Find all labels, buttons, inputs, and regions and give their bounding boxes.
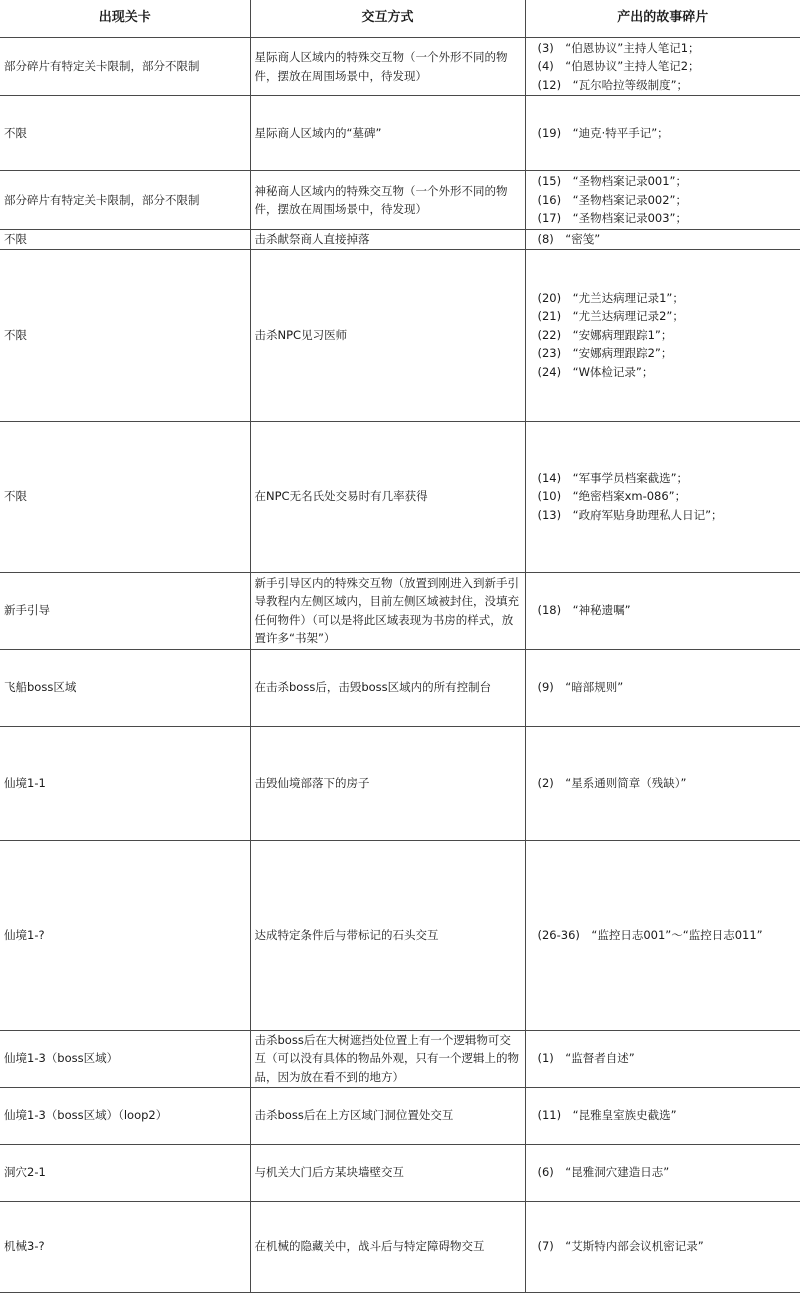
table-row: 机械3-?在机械的隐藏关中，战斗后与特定障碍物交互(7) “艾斯特内部会议机密记…: [0, 1201, 800, 1292]
fragment-item: (24) “W体检记录”；: [530, 363, 797, 382]
fragments-cell: (18) “神秘遗嘱”: [525, 572, 800, 649]
method-cell: 击杀献祭商人直接掉落: [250, 230, 525, 250]
method-cell: 星际商人区域内的“墓碑”: [250, 96, 525, 171]
story-fragment-table: 出现关卡 交互方式 产出的故事碎片 部分碎片有特定关卡限制，部分不限制星际商人区…: [0, 0, 800, 1293]
fragment-item: (19) “迪克·特平手记”；: [530, 124, 797, 143]
fragment-item: (11) “昆雅皇室族史截选”: [530, 1106, 797, 1125]
method-cell: 在击杀boss后，击毁boss区域内的所有控制台: [250, 649, 525, 726]
fragments-cell: (11) “昆雅皇室族史截选”: [525, 1087, 800, 1144]
fragment-item: (1) “监督者自述”: [530, 1049, 797, 1068]
fragment-item: (20) “尤兰达病理记录1”；: [530, 289, 797, 308]
fragments-cell: (9) “暗部规则”: [525, 649, 800, 726]
table-row: 仙境1-3（boss区域）（loop2）击杀boss后在上方区域门洞位置处交互(…: [0, 1087, 800, 1144]
level-cell: 不限: [0, 249, 250, 421]
level-cell: 洞穴2-1: [0, 1144, 250, 1201]
fragment-item: (17) “圣物档案记录003”；: [530, 209, 797, 228]
fragment-item: (15) “圣物档案记录001”；: [530, 172, 797, 191]
level-cell: 不限: [0, 421, 250, 572]
fragment-item: (10) “绝密档案xm-086”；: [530, 487, 797, 506]
fragment-item: (6) “昆雅洞穴建造日志”: [530, 1163, 797, 1182]
fragments-cell: (3) “伯恩协议”主持人笔记1；(4) “伯恩协议”主持人笔记2；(12) “…: [525, 38, 800, 96]
table-row: 飞船boss区域在击杀boss后，击毁boss区域内的所有控制台(9) “暗部规…: [0, 649, 800, 726]
fragments-cell: (8) “密笺”: [525, 230, 800, 250]
fragment-item: (26-36) “监控日志001”～“监控日志011”: [530, 926, 797, 945]
table-row: 不限星际商人区域内的“墓碑”(19) “迪克·特平手记”；: [0, 96, 800, 171]
header-method: 交互方式: [250, 0, 525, 38]
table-row: 新手引导新手引导区内的特殊交互物（放置到刚进入到新手引导教程内左侧区域内，目前左…: [0, 572, 800, 649]
level-cell: 不限: [0, 96, 250, 171]
fragment-item: (4) “伯恩协议”主持人笔记2；: [530, 57, 797, 76]
method-cell: 与机关大门后方某块墙壁交互: [250, 1144, 525, 1201]
level-cell: 部分碎片有特定关卡限制，部分不限制: [0, 171, 250, 230]
fragment-item: (21) “尤兰达病理记录2”；: [530, 307, 797, 326]
fragment-item: (3) “伯恩协议”主持人笔记1；: [530, 39, 797, 58]
level-cell: 仙境1-1: [0, 726, 250, 840]
fragment-item: (23) “安娜病理跟踪2”；: [530, 344, 797, 363]
fragments-cell: (20) “尤兰达病理记录1”；(21) “尤兰达病理记录2”；(22) “安娜…: [525, 249, 800, 421]
method-cell: 在NPC无名氏处交易时有几率获得: [250, 421, 525, 572]
table-row: 部分碎片有特定关卡限制，部分不限制神秘商人区域内的特殊交互物（一个外形不同的物件…: [0, 171, 800, 230]
level-cell: 部分碎片有特定关卡限制，部分不限制: [0, 38, 250, 96]
method-cell: 在机械的隐藏关中，战斗后与特定障碍物交互: [250, 1201, 525, 1292]
method-cell: 击杀boss后在上方区域门洞位置处交互: [250, 1087, 525, 1144]
fragment-item: (13) “政府军贴身助理私人日记”；: [530, 506, 797, 525]
fragment-item: (7) “艾斯特内部会议机密记录”: [530, 1237, 797, 1256]
level-cell: 飞船boss区域: [0, 649, 250, 726]
level-cell: 机械3-?: [0, 1201, 250, 1292]
method-cell: 击毁仙境部落下的房子: [250, 726, 525, 840]
table-row: 仙境1-?达成特定条件后与带标记的石头交互(26-36) “监控日志001”～“…: [0, 840, 800, 1030]
fragment-item: (14) “军事学员档案截选”；: [530, 469, 797, 488]
fragment-item: (8) “密笺”: [530, 230, 797, 249]
header-fragments: 产出的故事碎片: [525, 0, 800, 38]
method-cell: 达成特定条件后与带标记的石头交互: [250, 840, 525, 1030]
level-cell: 仙境1-3（boss区域）（loop2）: [0, 1087, 250, 1144]
level-cell: 仙境1-?: [0, 840, 250, 1030]
fragment-item: (18) “神秘遗嘱”: [530, 601, 797, 620]
method-cell: 新手引导区内的特殊交互物（放置到刚进入到新手引导教程内左侧区域内，目前左侧区域被…: [250, 572, 525, 649]
fragment-item: (16) “圣物档案记录002”；: [530, 191, 797, 210]
fragments-cell: (1) “监督者自述”: [525, 1030, 800, 1087]
fragments-cell: (19) “迪克·特平手记”；: [525, 96, 800, 171]
method-cell: 击杀NPC见习医师: [250, 249, 525, 421]
fragment-item: (12) “瓦尔哈拉等级制度”；: [530, 76, 797, 95]
fragment-item: (22) “安娜病理跟踪1”；: [530, 326, 797, 345]
level-cell: 不限: [0, 230, 250, 250]
header-row: 出现关卡 交互方式 产出的故事碎片: [0, 0, 800, 38]
table-row: 仙境1-3（boss区域）击杀boss后在大树遮挡处位置上有一个逻辑物可交互（可…: [0, 1030, 800, 1087]
fragments-cell: (15) “圣物档案记录001”；(16) “圣物档案记录002”；(17) “…: [525, 171, 800, 230]
table-row: 洞穴2-1与机关大门后方某块墙壁交互(6) “昆雅洞穴建造日志”: [0, 1144, 800, 1201]
method-cell: 神秘商人区域内的特殊交互物（一个外形不同的物件，摆放在周围场景中，待发现）: [250, 171, 525, 230]
fragment-item: (2) “星系通则简章（残缺）”: [530, 774, 797, 793]
table-body: 部分碎片有特定关卡限制，部分不限制星际商人区域内的特殊交互物（一个外形不同的物件…: [0, 38, 800, 1293]
table-row: 不限在NPC无名氏处交易时有几率获得(14) “军事学员档案截选”；(10) “…: [0, 421, 800, 572]
fragment-item: (9) “暗部规则”: [530, 678, 797, 697]
fragments-cell: (2) “星系通则简章（残缺）”: [525, 726, 800, 840]
table-row: 部分碎片有特定关卡限制，部分不限制星际商人区域内的特殊交互物（一个外形不同的物件…: [0, 38, 800, 96]
table-row: 仙境1-1击毁仙境部落下的房子(2) “星系通则简章（残缺）”: [0, 726, 800, 840]
header-level: 出现关卡: [0, 0, 250, 38]
fragments-cell: (14) “军事学员档案截选”；(10) “绝密档案xm-086”；(13) “…: [525, 421, 800, 572]
level-cell: 新手引导: [0, 572, 250, 649]
level-cell: 仙境1-3（boss区域）: [0, 1030, 250, 1087]
table-row: 不限击杀献祭商人直接掉落(8) “密笺”: [0, 230, 800, 250]
method-cell: 击杀boss后在大树遮挡处位置上有一个逻辑物可交互（可以没有具体的物品外观，只有…: [250, 1030, 525, 1087]
fragments-cell: (7) “艾斯特内部会议机密记录”: [525, 1201, 800, 1292]
fragments-cell: (26-36) “监控日志001”～“监控日志011”: [525, 840, 800, 1030]
fragments-cell: (6) “昆雅洞穴建造日志”: [525, 1144, 800, 1201]
table-row: 不限击杀NPC见习医师(20) “尤兰达病理记录1”；(21) “尤兰达病理记录…: [0, 249, 800, 421]
method-cell: 星际商人区域内的特殊交互物（一个外形不同的物件，摆放在周围场景中，待发现）: [250, 38, 525, 96]
